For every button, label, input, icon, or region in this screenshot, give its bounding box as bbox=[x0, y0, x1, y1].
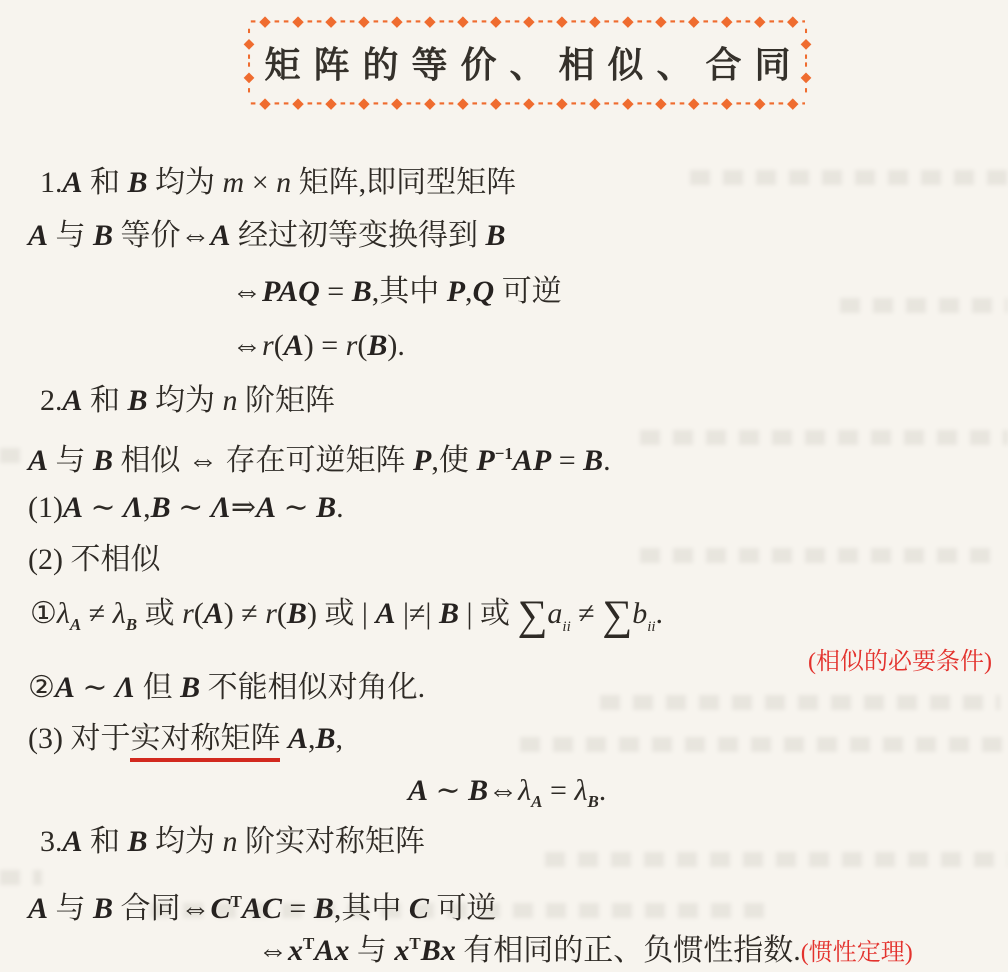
segment-m: B bbox=[151, 491, 171, 524]
segment-m: B bbox=[287, 597, 307, 630]
title-box: -◆--◆--◆--◆--◆--◆--◆--◆--◆--◆--◆--◆--◆--… bbox=[242, 16, 813, 108]
segment-t: 与 bbox=[48, 219, 93, 252]
segment-t: (1) bbox=[28, 491, 63, 524]
segment-m: B bbox=[486, 219, 506, 252]
segment-sub: B bbox=[126, 615, 137, 634]
segment-t: 和 bbox=[83, 384, 128, 417]
segment-t: (3) 对于 bbox=[28, 722, 130, 755]
segment-t: = bbox=[543, 774, 575, 807]
segment-sup: −1 bbox=[495, 444, 513, 463]
segment-t: , bbox=[465, 275, 473, 308]
text-line-l9: ①λA ≠ λB 或 r(A) ≠ r(B) 或 | A |≠| B | 或 ∑… bbox=[30, 594, 663, 647]
text-line-l5: 2.A 和 B 均为 n 阶矩阵 bbox=[40, 381, 335, 421]
segment-t: ). bbox=[387, 329, 405, 362]
segment-m: B bbox=[367, 329, 387, 362]
segment-m: Bx bbox=[421, 934, 456, 967]
segment-m: A bbox=[288, 722, 308, 755]
text-line-l8: (2) 不相似 bbox=[28, 540, 160, 580]
text-line-l12: A ∼ B⇔λA = λB. bbox=[408, 771, 606, 822]
segment-m: B bbox=[352, 275, 372, 308]
text-line-l6: A 与 B 相似 ⇔ 存在可逆矩阵 P,使 P−1AP = B. bbox=[28, 434, 611, 481]
segment-t: 与 bbox=[48, 444, 93, 477]
segment-i: b bbox=[632, 597, 647, 630]
segment-t: ) 或 | bbox=[307, 597, 376, 630]
segment-t bbox=[280, 722, 288, 755]
segment-sup: T bbox=[303, 934, 314, 953]
bleed-through-mark bbox=[640, 548, 1000, 563]
segment-t: 但 bbox=[135, 671, 180, 704]
segment-m: A bbox=[284, 329, 304, 362]
segment-m: P bbox=[413, 444, 431, 477]
segment-t: = bbox=[551, 444, 583, 477]
segment-m: A bbox=[408, 774, 428, 807]
segment-t: 矩阵,即同型矩阵 bbox=[291, 166, 516, 199]
segment-t: 等价⇔ bbox=[113, 219, 211, 252]
segment-red: (相似的必要条件) bbox=[808, 649, 992, 675]
segment-t: ∼ bbox=[75, 671, 115, 704]
segment-m: PAQ bbox=[262, 275, 320, 308]
segment-i: a bbox=[547, 597, 562, 630]
text-line-ann1: (相似的必要条件) bbox=[808, 642, 992, 682]
segment-t: ) ≠ bbox=[224, 597, 265, 630]
segment-m: A bbox=[211, 219, 231, 252]
segment-m: AC bbox=[242, 892, 282, 925]
segment-t: × bbox=[244, 166, 276, 199]
segment-t: 与 bbox=[349, 934, 394, 967]
bleed-through-mark bbox=[0, 448, 24, 463]
segment-t: 和 bbox=[83, 825, 128, 858]
scanned-textbook-page: -◆--◆--◆--◆--◆--◆--◆--◆--◆--◆--◆--◆--◆--… bbox=[0, 0, 1008, 972]
segment-t: ① bbox=[30, 597, 57, 630]
segment-t: ∼ bbox=[276, 491, 316, 524]
segment-subi: ii bbox=[562, 619, 570, 635]
segment-m: B bbox=[468, 774, 488, 807]
segment-i: λ bbox=[518, 774, 531, 807]
segment-sum: ∑ bbox=[517, 593, 547, 639]
segment-t: ( bbox=[274, 329, 284, 362]
bleed-through-mark bbox=[840, 298, 1008, 313]
text-line-l10: ②A ∼ Λ 但 B 不能相似对角化. bbox=[28, 668, 425, 708]
segment-redu: 实对称矩阵 bbox=[130, 722, 280, 762]
segment-t: , bbox=[308, 722, 316, 755]
segment-t: (2) 不相似 bbox=[28, 543, 160, 576]
segment-i: r bbox=[262, 329, 274, 362]
segment-t: 和 bbox=[83, 166, 128, 199]
segment-t: ⇔ bbox=[232, 329, 262, 362]
segment-m: B bbox=[93, 444, 113, 477]
segment-i: n bbox=[223, 384, 238, 417]
segment-t: ( bbox=[194, 597, 204, 630]
segment-m: A bbox=[204, 597, 224, 630]
segment-sub: A bbox=[70, 615, 81, 634]
segment-i: r bbox=[182, 597, 194, 630]
segment-i: r bbox=[346, 329, 358, 362]
text-line-l1: 1.A 和 B 均为 m × n 矩阵,即同型矩阵 bbox=[40, 163, 516, 203]
segment-t: ② bbox=[28, 671, 55, 704]
segment-t: ⇔ bbox=[488, 774, 518, 807]
text-line-l3: ⇔PAQ = B,其中 P,Q 可逆 bbox=[232, 272, 562, 312]
segment-subi: ii bbox=[647, 619, 655, 635]
segment-t: 1. bbox=[40, 166, 63, 199]
segment-m: B bbox=[128, 166, 148, 199]
segment-m: B bbox=[439, 597, 459, 630]
segment-t: ,使 bbox=[431, 444, 476, 477]
bleed-through-mark bbox=[545, 852, 1008, 867]
segment-t: , bbox=[336, 722, 344, 755]
segment-m: C bbox=[409, 892, 429, 925]
segment-m: A bbox=[28, 892, 48, 925]
segment-sup: T bbox=[231, 892, 242, 911]
segment-m: A bbox=[63, 166, 83, 199]
segment-i: λ bbox=[57, 597, 70, 630]
segment-t: ∼ bbox=[171, 491, 211, 524]
segment-t: ( bbox=[357, 329, 367, 362]
text-line-l4: ⇔r(A) = r(B). bbox=[232, 326, 405, 366]
segment-t: 或 bbox=[137, 597, 182, 630]
segment-t: ≠ bbox=[571, 597, 602, 630]
segment-m: B bbox=[128, 825, 148, 858]
bleed-through-mark bbox=[600, 695, 1000, 710]
segment-t: 2. bbox=[40, 384, 63, 417]
segment-t: 3. bbox=[40, 825, 63, 858]
segment-t: 阶实对称矩阵 bbox=[238, 825, 426, 858]
segment-m: A bbox=[63, 384, 83, 417]
segment-t: ( bbox=[277, 597, 287, 630]
segment-m: B bbox=[180, 671, 200, 704]
segment-t: 不能相似对角化. bbox=[200, 671, 425, 704]
segment-m: B bbox=[583, 444, 603, 477]
segment-m: Λ bbox=[115, 671, 135, 704]
segment-t: , bbox=[143, 491, 151, 524]
segment-m: B bbox=[93, 892, 113, 925]
segment-t: ⇔ bbox=[232, 275, 262, 308]
segment-sum: ∑ bbox=[602, 593, 632, 639]
segment-m: A bbox=[63, 491, 83, 524]
segment-i: r bbox=[265, 597, 277, 630]
segment-t: 可逆 bbox=[494, 275, 562, 308]
segment-sub: B bbox=[587, 792, 598, 811]
text-line-l11: (3) 对于实对称矩阵 A,B, bbox=[28, 719, 343, 759]
segment-m: x bbox=[288, 934, 303, 967]
segment-t: ,其中 bbox=[372, 275, 447, 308]
segment-m: A bbox=[55, 671, 75, 704]
segment-m: Q bbox=[473, 275, 495, 308]
page-title: 矩阵的等价、相似、合同 bbox=[242, 16, 813, 108]
segment-t: 有相同的正、负惯性指数. bbox=[456, 934, 801, 967]
segment-t: 均为 bbox=[148, 384, 223, 417]
segment-t: 均为 bbox=[148, 825, 223, 858]
segment-m: Ax bbox=[314, 934, 349, 967]
segment-i: n bbox=[276, 166, 291, 199]
segment-m: P bbox=[476, 444, 494, 477]
segment-sup: T bbox=[409, 934, 420, 953]
bleed-through-mark bbox=[520, 737, 1008, 752]
segment-m: AP bbox=[513, 444, 551, 477]
segment-t: . bbox=[656, 597, 664, 630]
segment-t: ) = bbox=[304, 329, 346, 362]
segment-i: m bbox=[223, 166, 245, 199]
segment-m: A bbox=[28, 444, 48, 477]
segment-i: λ bbox=[113, 597, 126, 630]
segment-m: x bbox=[394, 934, 409, 967]
segment-t: ⇒ bbox=[231, 491, 256, 524]
segment-sub: A bbox=[531, 792, 542, 811]
segment-m: A bbox=[256, 491, 276, 524]
segment-t: = bbox=[282, 892, 314, 925]
bleed-through-mark bbox=[690, 170, 1008, 185]
segment-m: A bbox=[63, 825, 83, 858]
text-line-l13: 3.A 和 B 均为 n 阶实对称矩阵 bbox=[40, 822, 425, 862]
segment-m: B bbox=[316, 491, 336, 524]
segment-t: 与 bbox=[48, 892, 93, 925]
segment-t: ≠ bbox=[81, 597, 112, 630]
segment-m: B bbox=[128, 384, 148, 417]
segment-m: P bbox=[447, 275, 465, 308]
segment-t: 合同⇔ bbox=[113, 892, 211, 925]
segment-i: n bbox=[223, 825, 238, 858]
segment-red: (惯性定理) bbox=[801, 940, 913, 966]
segment-m: B bbox=[314, 892, 334, 925]
segment-m: A bbox=[375, 597, 395, 630]
segment-t: 阶矩阵 bbox=[238, 384, 336, 417]
segment-t: ⇔ bbox=[258, 934, 288, 967]
segment-m: B bbox=[316, 722, 336, 755]
segment-m: B bbox=[93, 219, 113, 252]
segment-t: = bbox=[320, 275, 352, 308]
segment-t: . bbox=[599, 774, 607, 807]
bleed-through-mark bbox=[640, 430, 1008, 445]
segment-t: | 或 bbox=[459, 597, 518, 630]
segment-t: |≠| bbox=[395, 597, 438, 630]
segment-t: 可逆 bbox=[429, 892, 497, 925]
text-line-l15: ⇔xTAx 与 xTBx 有相同的正、负惯性指数.(惯性定理) bbox=[258, 924, 913, 972]
segment-m: Λ bbox=[211, 491, 231, 524]
text-line-l7: (1)A ∼ Λ,B ∼ Λ⇒A ∼ B. bbox=[28, 488, 344, 528]
segment-t: . bbox=[603, 444, 611, 477]
segment-t: 经过初等变换得到 bbox=[231, 219, 486, 252]
segment-m: A bbox=[28, 219, 48, 252]
segment-t: . bbox=[336, 491, 344, 524]
segment-m: C bbox=[211, 892, 231, 925]
segment-t: 均为 bbox=[148, 166, 223, 199]
segment-t: ∼ bbox=[428, 774, 468, 807]
text-line-l14: A 与 B 合同⇔CTAC = B,其中 C 可逆 bbox=[28, 882, 496, 929]
segment-i: λ bbox=[574, 774, 587, 807]
text-line-l2: A 与 B 等价⇔A 经过初等变换得到 B bbox=[28, 216, 506, 256]
segment-t: 相似 ⇔ 存在可逆矩阵 bbox=[113, 444, 413, 477]
segment-t: ,其中 bbox=[334, 892, 409, 925]
segment-m: Λ bbox=[123, 491, 143, 524]
segment-t: ∼ bbox=[83, 491, 123, 524]
